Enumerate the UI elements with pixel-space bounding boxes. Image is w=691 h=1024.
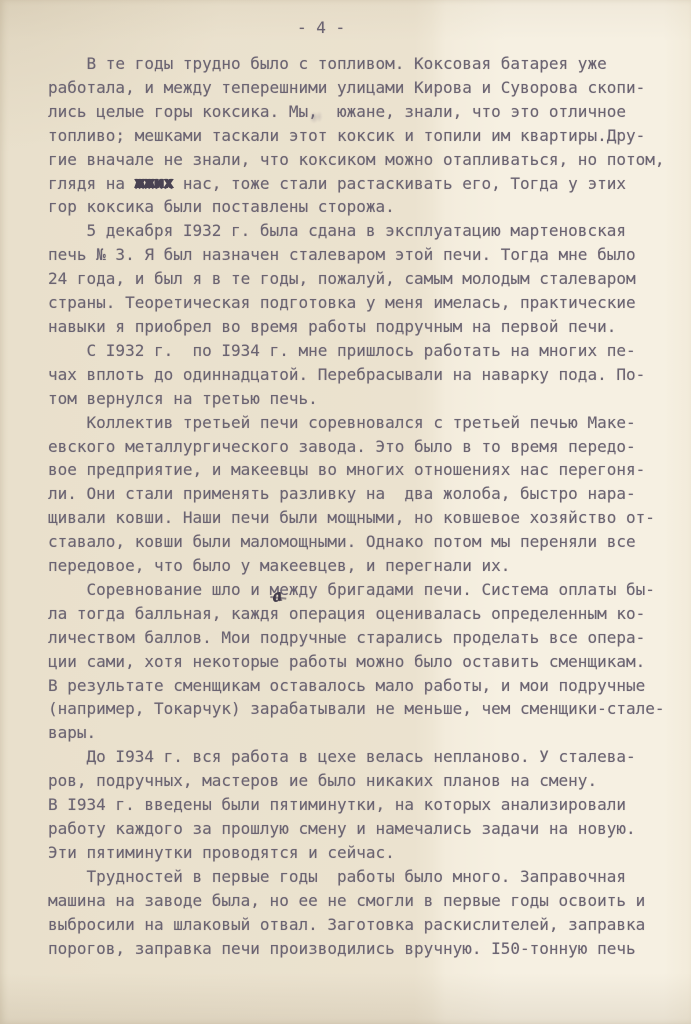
paragraph-work-on-many-furnaces: С I932 г. по I934 г. мне пришлось работа… <box>48 339 676 411</box>
scanned-typewritten-page: - 4 - В те годы трудно было с топливом. … <box>0 0 691 1024</box>
erased-character-smudge <box>308 109 323 126</box>
paragraph-furnace-3-commissioned: 5 декабря I932 г. была сдана в эксплуата… <box>48 219 676 339</box>
page-number: - 4 - <box>297 16 345 40</box>
paragraph-brigade-competition-pay: Соревнование шло и между бригадами печи.… <box>48 578 676 745</box>
paragraph-early-difficulties: Трудностей в первые годы работы было мно… <box>48 865 676 961</box>
paragraph-competition-with-makeevka: Коллектив третьей печи соревновался с тр… <box>48 411 676 578</box>
typewriter-overstrike-word: жжих <box>135 171 174 195</box>
paragraph-planning-pyatiminutki: До I934 г. вся работа в цехе велась непл… <box>48 745 676 865</box>
